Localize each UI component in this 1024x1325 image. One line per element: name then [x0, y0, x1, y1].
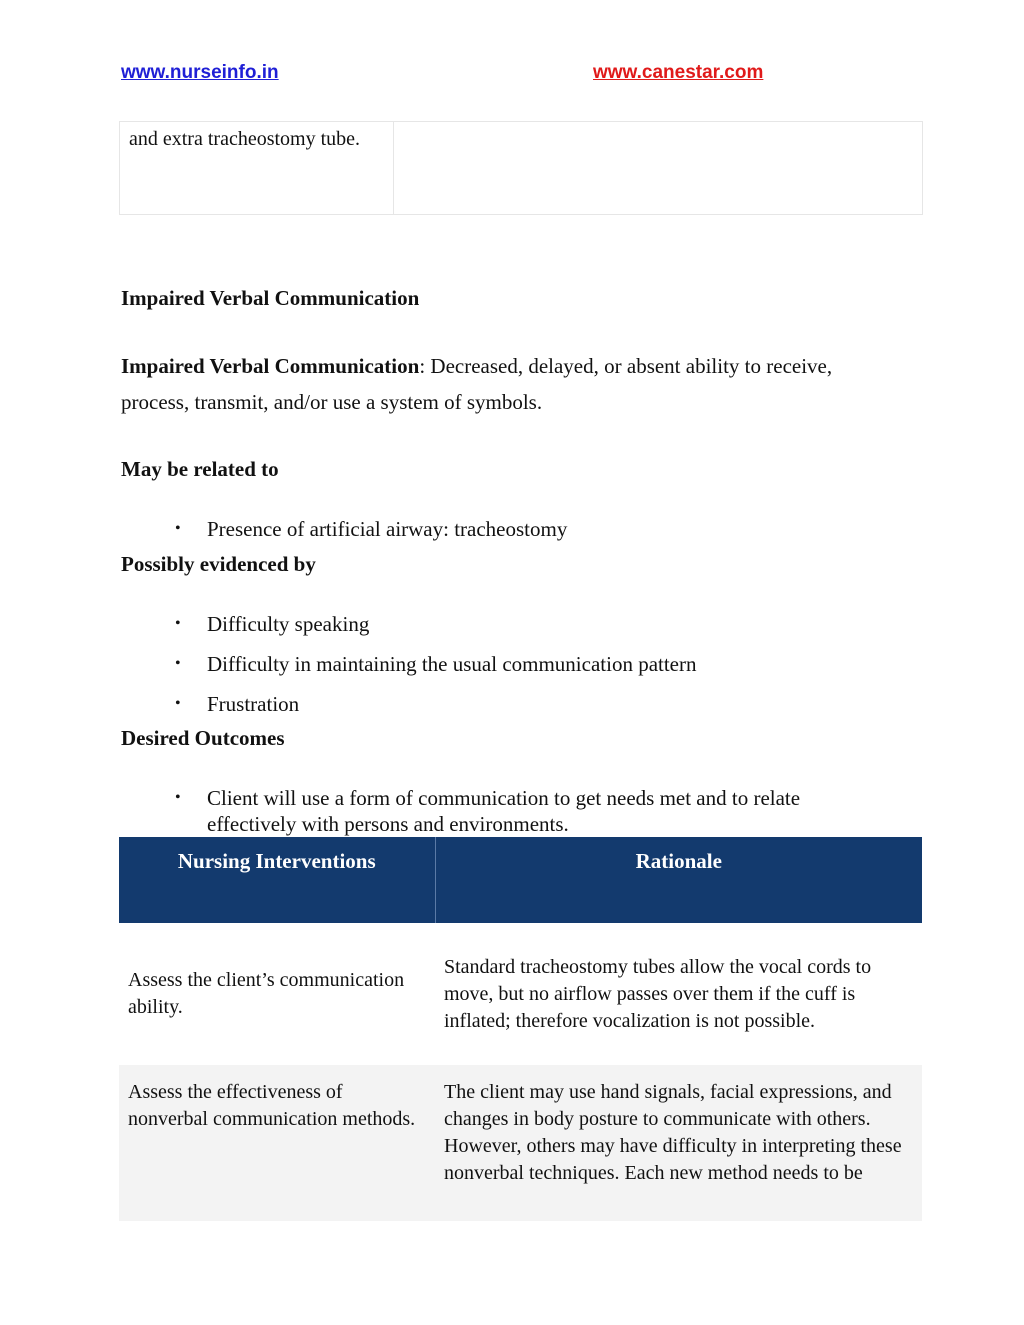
column-header-interventions: Nursing Interventions	[119, 837, 435, 923]
continued-cell-right	[394, 122, 923, 215]
definition-paragraph: Impaired Verbal Communication: Decreased…	[121, 348, 881, 420]
related-list: Presence of artificial airway: tracheost…	[207, 516, 567, 556]
evidenced-heading: Possibly evidenced by	[121, 552, 316, 577]
list-item: Client will use a form of communication …	[207, 785, 887, 837]
rationale-cell: Standard tracheostomy tubes allow the vo…	[435, 923, 922, 1065]
definition-term: Impaired Verbal Communication	[121, 354, 419, 378]
list-item: Presence of artificial airway: tracheost…	[207, 516, 567, 542]
interventions-table: Nursing Interventions Rationale Assess t…	[119, 837, 922, 1221]
list-item: Difficulty in maintaining the usual comm…	[207, 651, 697, 677]
continued-cell-left: and extra tracheostomy tube.	[120, 122, 394, 215]
continued-table: and extra tracheostomy tube.	[119, 121, 923, 215]
list-item: Frustration	[207, 691, 697, 717]
intervention-cell: Assess the effectiveness of nonverbal co…	[119, 1065, 435, 1221]
list-item: Difficulty speaking	[207, 611, 697, 637]
canestar-link[interactable]: www.canestar.com	[593, 62, 763, 84]
evidenced-list: Difficulty speaking Difficulty in mainta…	[207, 611, 697, 731]
related-heading: May be related to	[121, 457, 279, 482]
outcomes-heading: Desired Outcomes	[121, 726, 285, 751]
table-row: Assess the client’s communication abilit…	[119, 923, 922, 1065]
column-header-rationale: Rationale	[435, 837, 922, 923]
intervention-cell: Assess the client’s communication abilit…	[119, 923, 435, 1065]
table-row: Assess the effectiveness of nonverbal co…	[119, 1065, 922, 1221]
table-row: and extra tracheostomy tube.	[120, 122, 923, 215]
table-header-row: Nursing Interventions Rationale	[119, 837, 922, 923]
nurseinfo-link[interactable]: www.nurseinfo.in	[121, 62, 279, 84]
rationale-cell: The client may use hand signals, facial …	[435, 1065, 922, 1221]
section-title: Impaired Verbal Communication	[121, 286, 419, 311]
